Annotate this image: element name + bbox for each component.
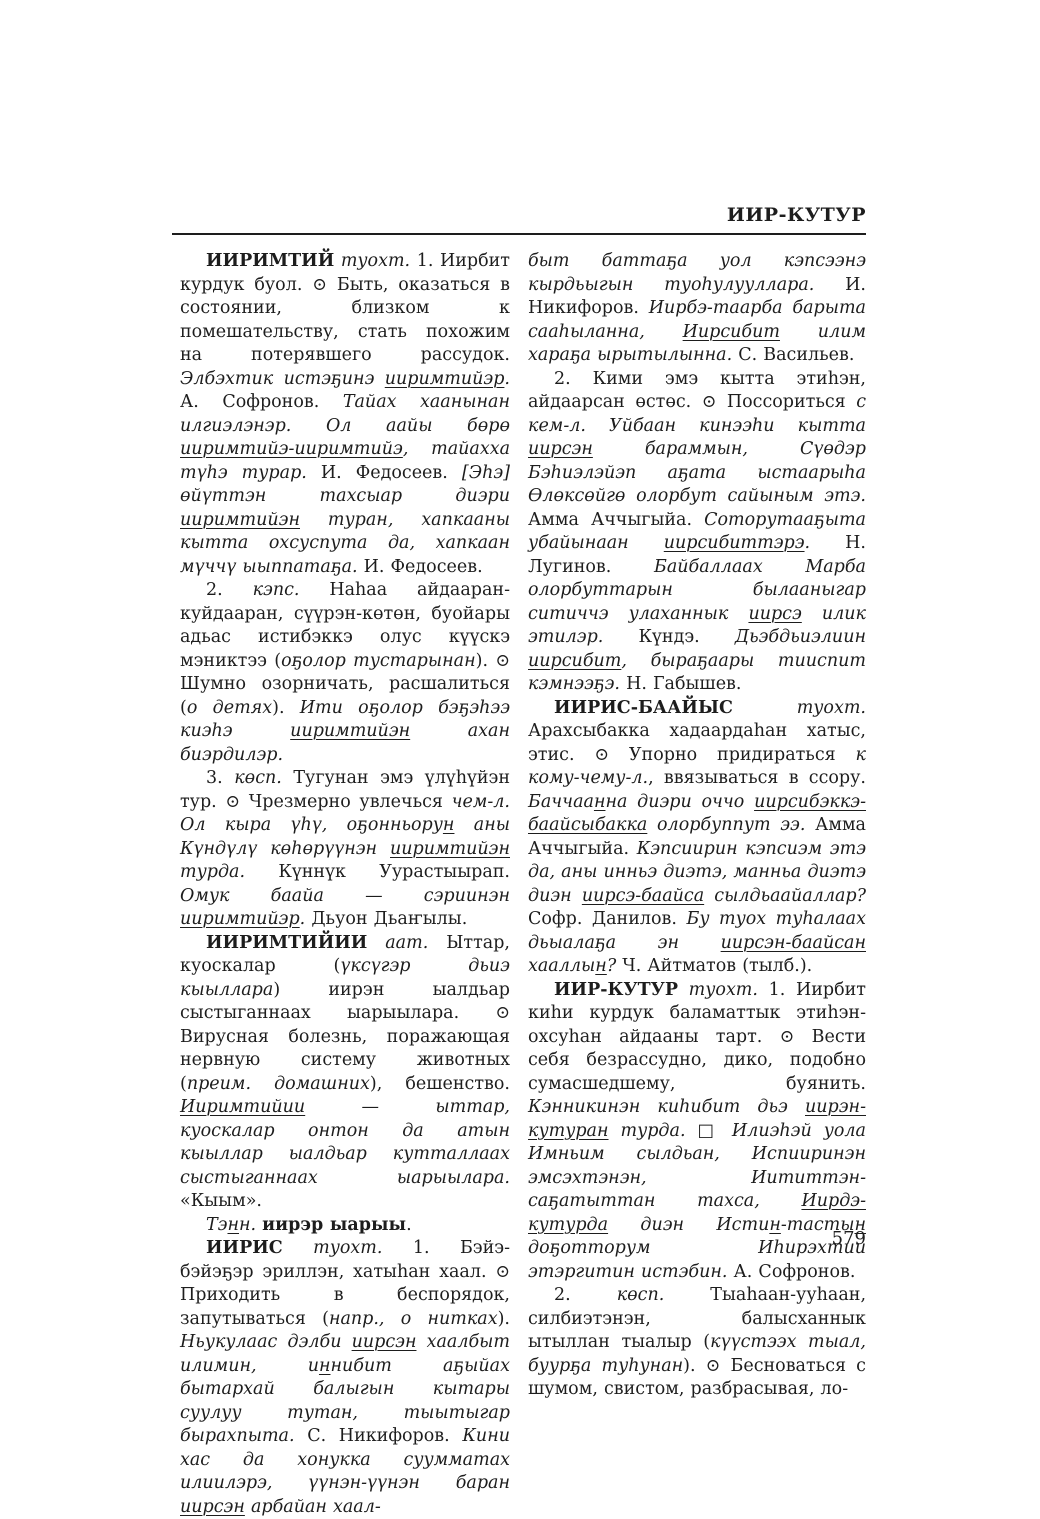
entry-iiris-baayys: ИИРИС-БААЙЫС туохт. Арахсыбакка хадаарда… [528, 697, 866, 979]
iirimtii-sense-3: 3. көсп. Тугунан эмэ үлүһүйэн тур. ⊙ Чре… [180, 767, 510, 932]
entry-iiris: ИИРИС туохт. 1. Бэйэ-бэйэҕэр эриллэн, ха… [180, 1237, 510, 1519]
entry-iirimtii: ИИРИМТИЙ туохт. 1. Иирбит курдук буол. ⊙… [180, 250, 510, 579]
column-right: быт баттаҕа уол кэпсээнэ кырдьыгын туоһу… [528, 250, 866, 1519]
iir-kutur-sense-2: 2. көсп. Тыаһаан-ууһаан, силбиэтэнэн, ба… [528, 1284, 866, 1402]
text-block: ИИРИМТИЙ туохт. 1. Иирбит курдук буол. ⊙… [180, 250, 866, 1519]
column-left: ИИРИМТИЙ туохт. 1. Иирбит курдук буол. ⊙… [180, 250, 510, 1519]
running-head: ИИР-КУТУР [172, 203, 866, 227]
iiris-continuation: быт баттаҕа уол кэпсээнэ кырдьыгын туоһу… [528, 250, 866, 368]
dictionary-page-scan: { "page": { "running_head": "ИИР-КУТУР",… [0, 0, 1040, 1473]
iiris-sense-2: 2. Кими эмэ кытта этиһэн, айдаарсан өстө… [528, 368, 866, 697]
entry-iirimtiiyi: ИИРИМТИЙИИ аат. Ыттар, куоскалар (үксүгэ… [180, 932, 510, 1214]
iirimtii-sense-2: 2. кэпс. Наһаа айдааран-куйдааран, сүүрэ… [180, 579, 510, 767]
header-rule [172, 233, 866, 235]
page-number: 579 [180, 1227, 866, 1251]
page: ИИР-КУТУР ИИРИМТИЙ туохт. 1. Иирбит курд… [0, 0, 1040, 1473]
